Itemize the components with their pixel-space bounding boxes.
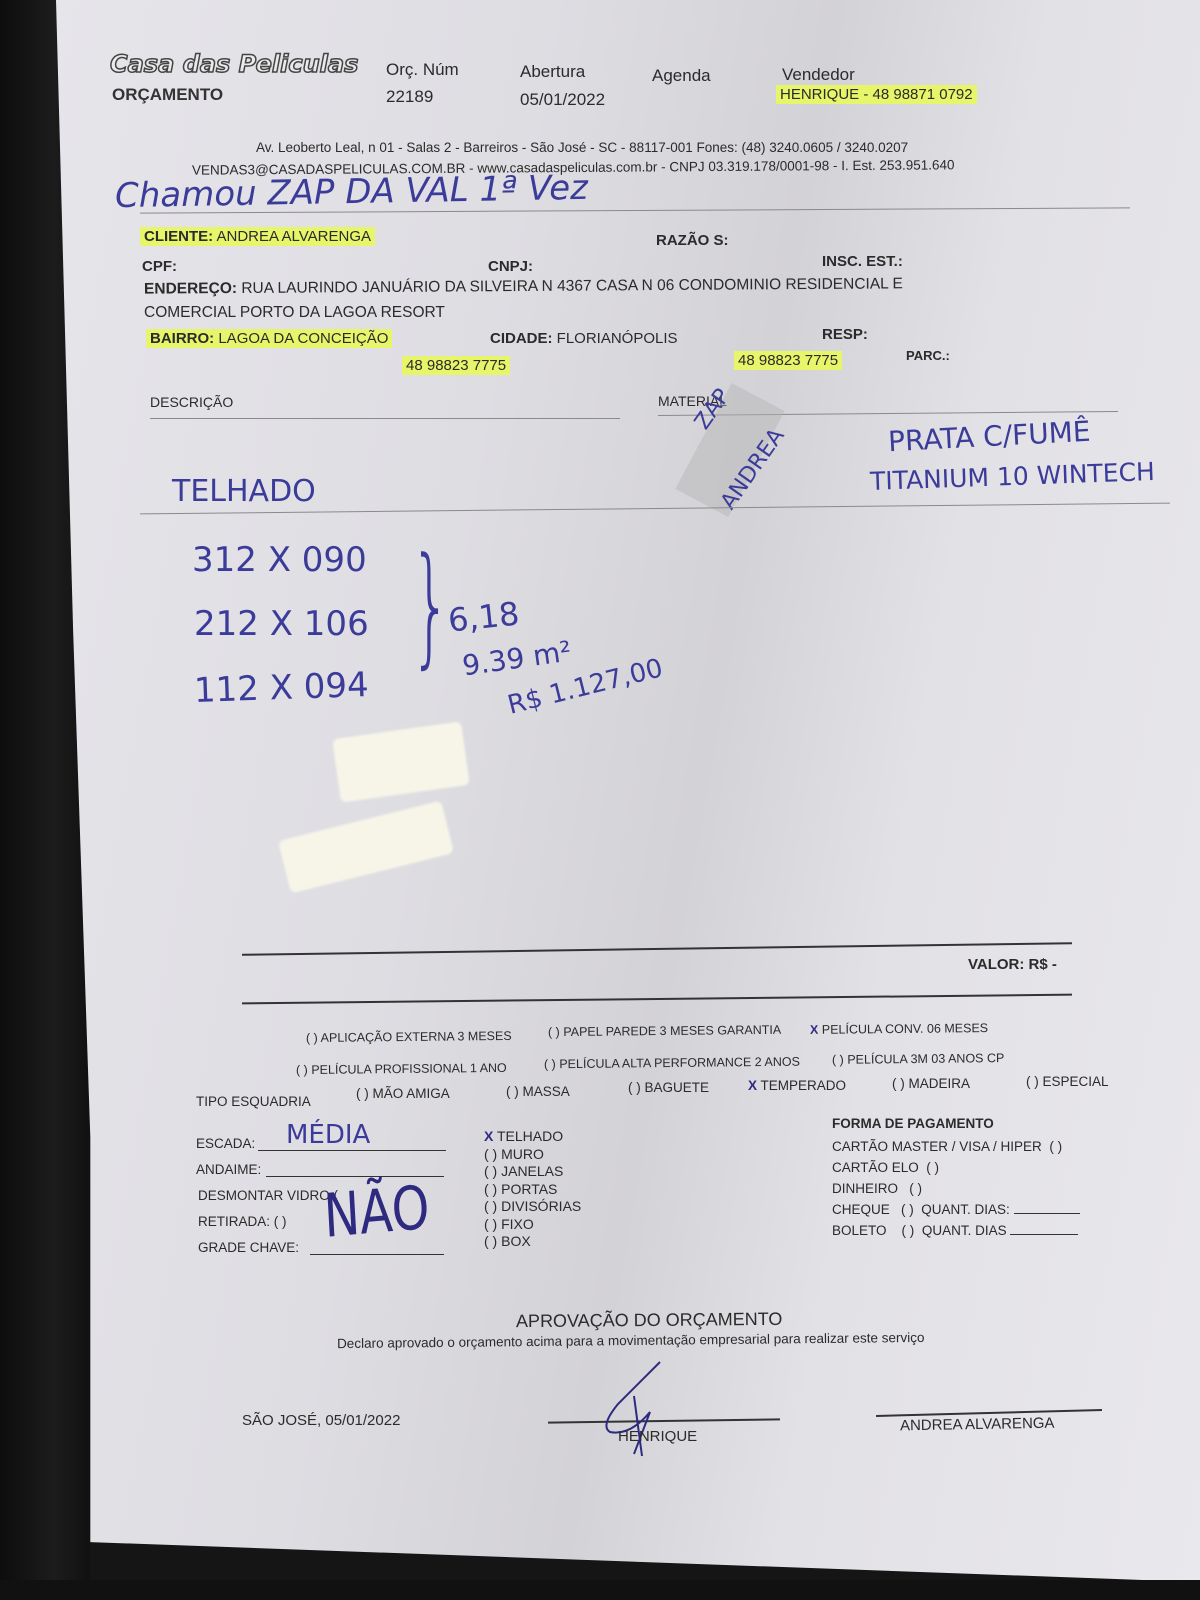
location-fixo[interactable]: ( ) FIXO xyxy=(484,1216,581,1234)
location-divisorias[interactable]: ( ) DIVISÓRIAS xyxy=(484,1198,581,1216)
escada-value[interactable]: MÉDIA xyxy=(286,1120,370,1150)
option-pelicula-3m[interactable]: ( ) PELÍCULA 3M 03 ANOS CP xyxy=(832,1051,1004,1067)
parc-label: PARC.: xyxy=(906,348,950,363)
orc-num-label: Orç. Núm xyxy=(386,60,459,80)
grade-chave-label: GRADE CHAVE: xyxy=(198,1240,299,1255)
abertura-label: Abertura xyxy=(520,62,585,82)
cliente-field: CLIENTE: ANDREA ALVARENGA xyxy=(140,228,375,245)
brand-logo: Casa das Peliculas xyxy=(110,50,358,78)
location-muro[interactable]: ( ) MURO xyxy=(484,1146,581,1164)
option-pelicula-profissional[interactable]: ( ) PELÍCULA PROFISSIONAL 1 ANO xyxy=(296,1061,507,1077)
location-box[interactable]: ( ) BOX xyxy=(484,1233,581,1251)
desmontar-label: DESMONTAR VIDRO ( xyxy=(198,1188,338,1203)
location-portas[interactable]: ( ) PORTAS xyxy=(484,1181,581,1199)
esquadria-especial[interactable]: ( ) ESPECIAL xyxy=(1026,1074,1109,1089)
esquadria-madeira[interactable]: ( ) MADEIRA xyxy=(892,1076,970,1091)
resp-label: RESP: xyxy=(822,326,868,343)
measure-2: 212 X 106 xyxy=(194,604,369,644)
location-janelas[interactable]: ( ) JANELAS xyxy=(484,1163,581,1181)
esquadria-baguete[interactable]: ( ) BAGUETE xyxy=(628,1080,709,1095)
razao-label: RAZÃO S: xyxy=(656,232,729,249)
retirada-label[interactable]: RETIRADA: ( ) xyxy=(198,1214,287,1229)
insc-est-label: INSC. EST.: xyxy=(822,253,903,270)
descricao-label: DESCRIÇÃO xyxy=(150,394,233,410)
checked-x-icon: X xyxy=(484,1128,493,1144)
bracket-icon: } xyxy=(410,540,451,670)
measure-3: 112 X 094 xyxy=(193,665,369,711)
escada-label: ESCADA: xyxy=(196,1136,255,1151)
descricao-underline xyxy=(150,418,620,419)
phone-2: 48 98823 7775 xyxy=(734,352,842,369)
cidade-field: CIDADE: FLORIANÓPOLIS xyxy=(490,330,678,347)
esquadria-massa[interactable]: ( ) MASSA xyxy=(506,1084,570,1099)
abertura-date: 05/01/2022 xyxy=(520,90,605,110)
doc-type: ORÇAMENTO xyxy=(112,85,223,105)
seller-name: HENRIQUE xyxy=(618,1428,697,1445)
esquadria-mao-amiga[interactable]: ( ) MÃO AMIGA xyxy=(356,1086,450,1101)
handwritten-nao: NÃO xyxy=(322,1173,431,1252)
checked-x-icon: X xyxy=(748,1078,757,1093)
endereco-line-2: COMERCIAL PORTO DA LAGOA RESORT xyxy=(144,304,445,322)
dark-background-bottom xyxy=(0,1580,1200,1600)
location-list: X TELHADO ( ) MURO ( ) JANELAS ( ) PORTA… xyxy=(484,1128,581,1251)
payment-cheque[interactable]: CHEQUE ( ) QUANT. DIAS: xyxy=(832,1199,1080,1220)
andaime-label: ANDAIME: xyxy=(196,1162,261,1177)
measure-1: 312 X 090 xyxy=(192,540,367,580)
option-pelicula-alta-performance[interactable]: ( ) PELÍCULA ALTA PERFORMANCE 2 ANOS xyxy=(544,1055,800,1072)
client-name: ANDREA ALVARENGA xyxy=(900,1415,1055,1435)
esquadria-label: TIPO ESQUADRIA xyxy=(196,1094,311,1109)
option-papel-parede[interactable]: ( ) PAPEL PAREDE 3 MESES GARANTIA xyxy=(548,1023,781,1039)
location-telhado[interactable]: X TELHADO xyxy=(484,1128,581,1146)
escada-underline xyxy=(258,1150,446,1151)
subtotal: 6,18 xyxy=(446,594,521,639)
seller-signature-scribble xyxy=(590,1356,700,1466)
cnpj-label: CNPJ: xyxy=(488,258,533,275)
option-aplicacao-externa[interactable]: ( ) APLICAÇÃO EXTERNA 3 MESES xyxy=(306,1029,512,1045)
descricao-value: TELHADO xyxy=(172,474,316,509)
payment-cartao-master[interactable]: CARTÃO MASTER / VISA / HIPER ( ) xyxy=(832,1136,1080,1157)
place-date: SÃO JOSÉ, 05/01/2022 xyxy=(242,1412,400,1429)
agenda-label: Agenda xyxy=(652,66,711,86)
payment-title: FORMA DE PAGAMENTO xyxy=(832,1116,994,1131)
grade-chave-underline xyxy=(310,1254,444,1255)
payment-boleto[interactable]: BOLETO ( ) QUANT. DIAS xyxy=(832,1220,1080,1241)
handwritten-note: Chamou ZAP DA VAL 1ª Vez xyxy=(115,168,589,216)
cpf-label: CPF: xyxy=(142,258,177,275)
approval-title: APROVAÇÃO DO ORÇAMENTO xyxy=(516,1309,783,1332)
checked-x-icon: X xyxy=(810,1023,818,1037)
vendedor-label: Vendedor xyxy=(782,65,855,85)
phone-1: 48 98823 7775 xyxy=(402,357,510,374)
valor-total: VALOR: R$ - xyxy=(968,956,1057,973)
payment-cartao-elo[interactable]: CARTÃO ELO ( ) xyxy=(832,1157,1080,1178)
vendedor-value: HENRIQUE - 48 98871 0792 xyxy=(776,86,977,103)
orc-num: 22189 xyxy=(386,87,433,107)
bairro-field: BAIRRO: LAGOA DA CONCEIÇÃO xyxy=(146,330,392,347)
company-address: Av. Leoberto Leal, n 01 - Salas 2 - Barr… xyxy=(256,140,908,155)
option-pelicula-conv[interactable]: X PELÍCULA CONV. 06 MESES xyxy=(810,1021,988,1037)
esquadria-temperado[interactable]: X TEMPERADO xyxy=(748,1078,846,1093)
payment-dinheiro[interactable]: DINHEIRO ( ) xyxy=(832,1178,1080,1199)
payment-list: CARTÃO MASTER / VISA / HIPER ( ) CARTÃO … xyxy=(832,1136,1080,1241)
